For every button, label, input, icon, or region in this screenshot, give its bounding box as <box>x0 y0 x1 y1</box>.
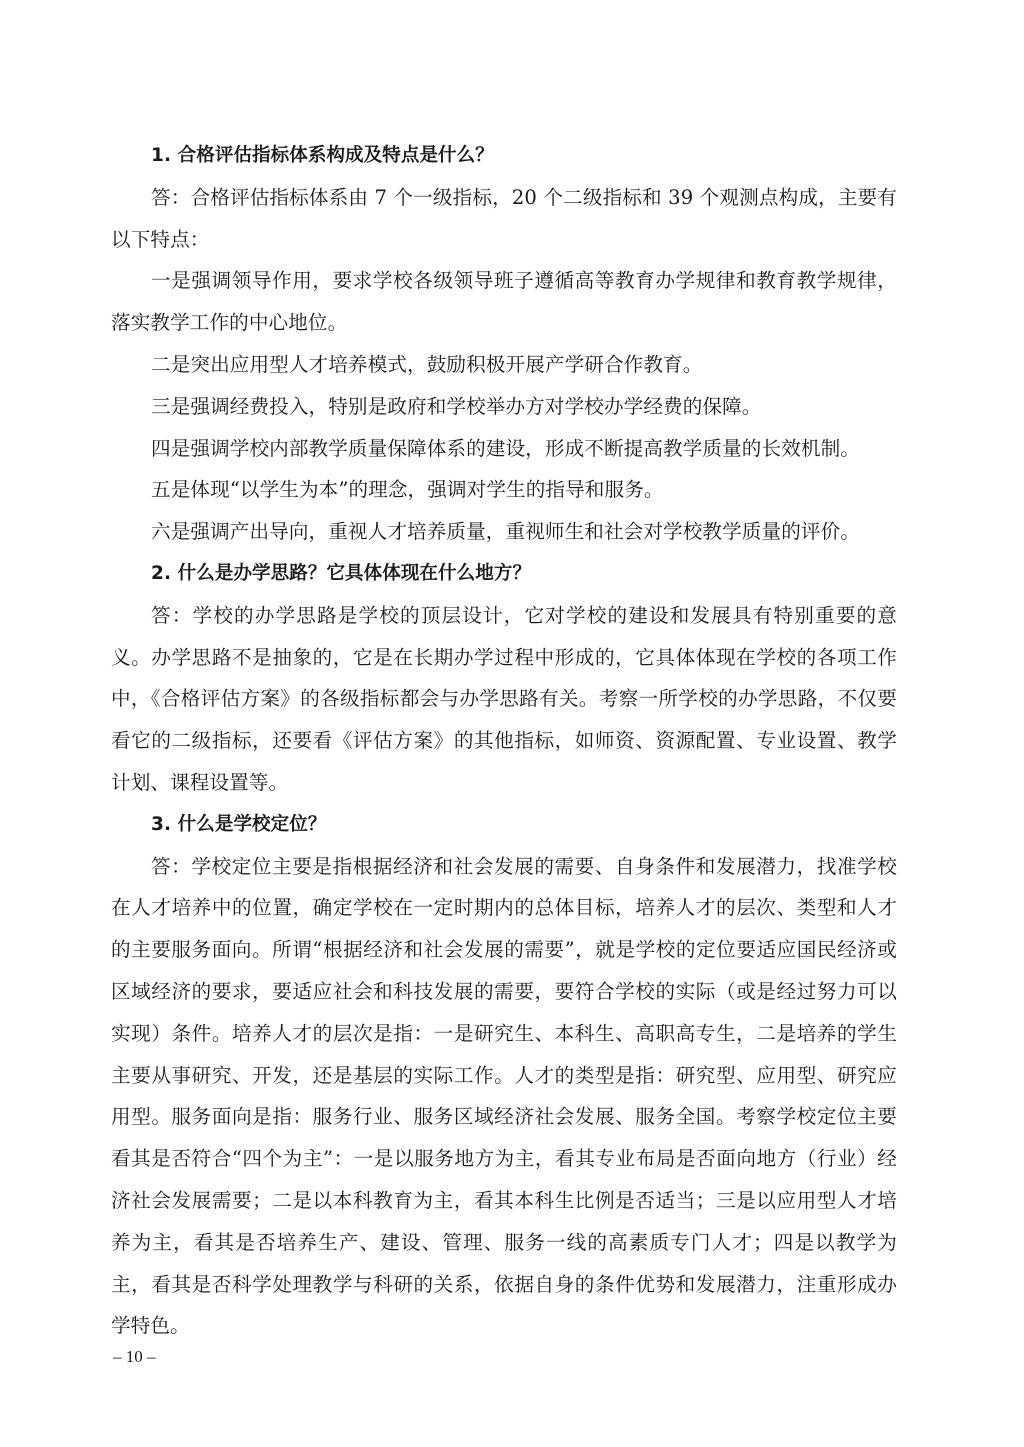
section-heading-2: 2. 什么是办学思路？它具体体现在什么地方？ <box>111 553 897 595</box>
section-heading-1: 1. 合格评估指标体系构成及特点是什么？ <box>111 135 897 177</box>
document-page: 1. 合格评估指标体系构成及特点是什么？ 答：合格评估指标体系由 7 个一级指标… <box>111 135 897 1347</box>
feature-item-1: 一是强调领导作用，要求学校各级领导班子遵循高等教育办学规律和教育教学规律，落实教… <box>111 260 897 344</box>
answer-paragraph-1: 答：合格评估指标体系由 7 个一级指标，20 个二级指标和 39 个观测点构成，… <box>111 177 897 261</box>
feature-item-2: 二是突出应用型人才培养模式，鼓励积极开展产学研合作教育。 <box>111 344 897 386</box>
answer-paragraph-2: 答：学校的办学思路是学校的顶层设计，它对学校的建设和发展具有特别重要的意义。办学… <box>111 595 897 804</box>
feature-item-5: 五是体现“以学生为本”的理念，强调对学生的指导和服务。 <box>111 469 897 511</box>
feature-item-6: 六是强调产出导向，重视人才培养质量，重视师生和社会对学校教学质量的评价。 <box>111 511 897 553</box>
page-number: – 10 – <box>113 1347 156 1367</box>
section-heading-3: 3. 什么是学校定位？ <box>111 804 897 846</box>
answer-paragraph-3: 答：学校定位主要是指根据经济和社会发展的需要、自身条件和发展潜力，找准学校在人才… <box>111 846 897 1348</box>
feature-item-4: 四是强调学校内部教学质量保障体系的建设，形成不断提高教学质量的长效机制。 <box>111 428 897 470</box>
feature-item-3: 三是强调经费投入，特别是政府和学校举办方对学校办学经费的保障。 <box>111 386 897 428</box>
